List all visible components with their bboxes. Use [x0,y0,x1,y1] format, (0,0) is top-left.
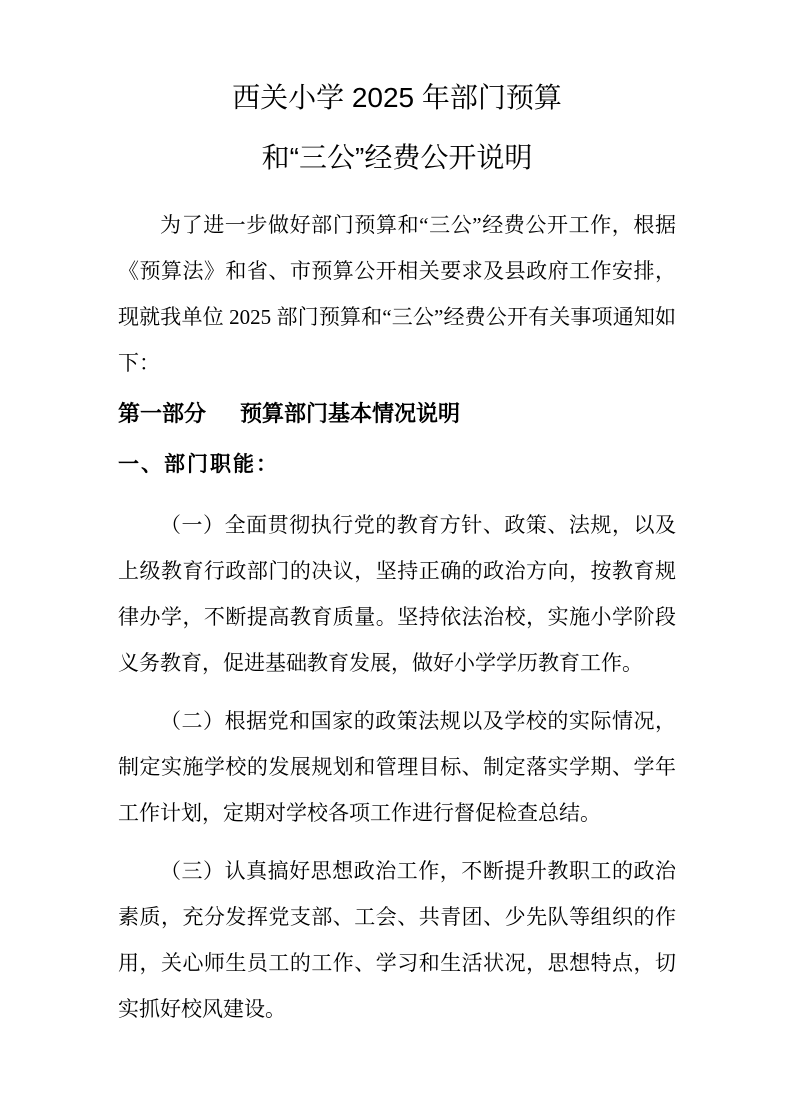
function-paragraph-3: （三）认真搞好思想政治工作，不断提升教职工的政治素质，充分发挥党支部、工会、共青… [118,848,676,1032]
function-paragraph-2: （二）根据党和国家的政策法规以及学校的实际情况，制定实施学校的发展规划和管理目标… [118,698,676,836]
section1-heading: 第一部分预算部门基本情况说明 [118,398,676,430]
function-paragraph-1: （一）全面贯彻执行党的教育方针、政策、法规，以及上级教育行政部门的决议，坚持正确… [118,502,676,686]
intro-paragraph: 为了进一步做好部门预算和“三公”经费公开工作，根据《预算法》和省、市预算公开相关… [118,202,676,386]
document-title: 西关小学 2025 年部门预算 和“三公”经费公开说明 [118,68,676,188]
section1-subheading: 一、部门职能： [118,448,676,480]
document-title-line1: 西关小学 2025 年部门预算 [118,68,676,128]
document-page: 西关小学 2025 年部门预算 和“三公”经费公开说明 为了进一步做好部门预算和… [0,0,794,1108]
document-title-line2: 和“三公”经费公开说明 [118,128,676,188]
section1-title: 预算部门基本情况说明 [240,401,460,426]
section1-label: 第一部分 [118,401,206,426]
